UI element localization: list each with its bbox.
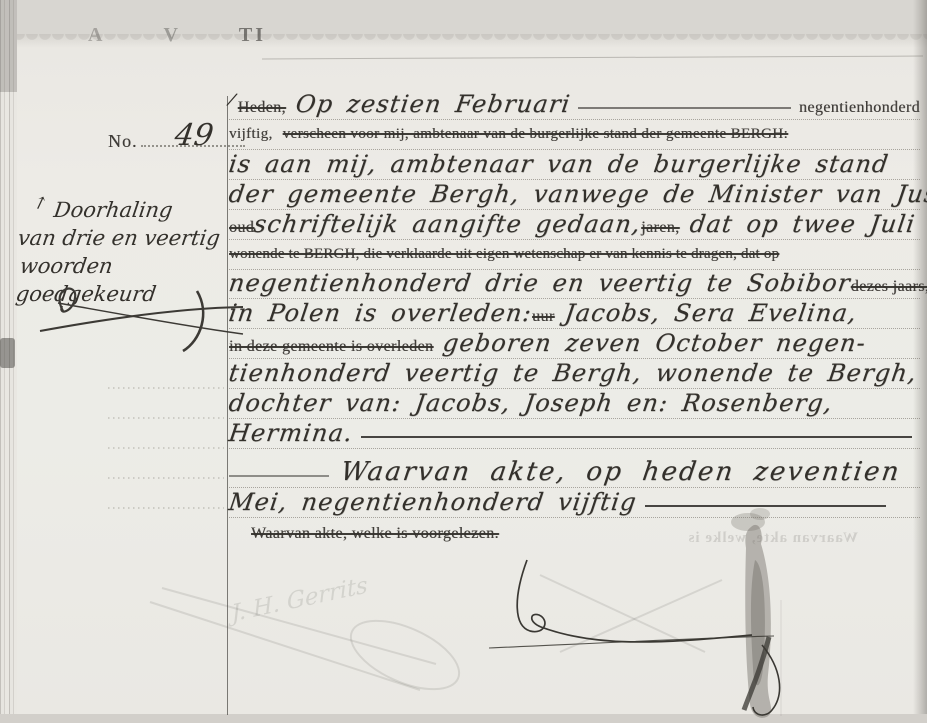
printed-text-struck: verscheen voor mij, ambtenaar van de bur… bbox=[283, 120, 788, 148]
record-number-value: 49 bbox=[172, 118, 215, 153]
binding-ink-mark bbox=[0, 338, 15, 368]
margin-annotation-line: van drie en veertig bbox=[16, 224, 228, 252]
handwritten-text: Jacobs, Sera Evelina, bbox=[563, 299, 859, 327]
printed-text: vijftig, bbox=[229, 120, 273, 148]
insertion-mark: ∕ bbox=[227, 90, 237, 111]
printed-text-struck: oud bbox=[229, 214, 254, 242]
margin-annotation-line: woorden goedgekeurd bbox=[14, 252, 230, 308]
ruled-fill-line bbox=[645, 505, 886, 507]
handwritten-text: negentienhonderd drie en veertig te Sobi… bbox=[227, 269, 853, 297]
handwritten-text: Waarvan akte, op heden zeventien bbox=[339, 458, 903, 486]
certificate-line: is aan mij, ambtenaar van de burgerlijke… bbox=[229, 150, 920, 180]
handwritten-text: tienhonderd veertig te Bergh, wonende te… bbox=[227, 359, 919, 387]
ruled-fill-line bbox=[578, 107, 791, 109]
margin-annotation-line: ↑Doorhaling bbox=[16, 196, 228, 224]
handwritten-text: Op zestien Februari bbox=[294, 90, 572, 118]
lead-rule bbox=[229, 475, 329, 477]
binding-shadow bbox=[0, 0, 17, 92]
handwritten-text: is aan mij, ambtenaar van de burgerlijke… bbox=[227, 150, 891, 178]
handwritten-text: Hermina. bbox=[227, 419, 355, 447]
handwritten-text: der gemeente Bergh, vanwege de Minister … bbox=[227, 180, 927, 208]
margin-dotted-guides bbox=[108, 388, 224, 508]
printed-text-struck: jaren, bbox=[641, 214, 679, 242]
bleedthrough-mirrored-text: Waarvan akte, welke is bbox=[628, 530, 858, 547]
faded-letter: V bbox=[163, 24, 180, 47]
certificate-line: vijftig,verscheen voor mij, ambtenaar va… bbox=[229, 120, 920, 150]
handwritten-text: geboren zeven October negen- bbox=[441, 329, 868, 357]
certificate-line: wonende te BERGH, die verklaarde uit eig… bbox=[229, 240, 920, 270]
handwritten-text: in Polen is overleden: bbox=[227, 299, 534, 327]
handwritten-text: Mei, negentienhonderd vijftig bbox=[227, 488, 639, 516]
certificate-line: Mei, negentienhonderd vijftig bbox=[229, 488, 920, 518]
certificate-line: in deze gemeente is overledengeboren zev… bbox=[229, 329, 920, 359]
faded-letter: A bbox=[88, 24, 105, 47]
certificate-line: in Polen is overleden:uurJacobs, Sera Ev… bbox=[229, 299, 920, 329]
handwritten-text: dat op twee Juli bbox=[688, 210, 917, 238]
printed-text: negentienhonderd bbox=[799, 94, 920, 122]
certificate-line: Hermina. bbox=[229, 419, 920, 449]
printed-text-struck: wonende te BERGH, die verklaarde uit eig… bbox=[229, 240, 779, 268]
margin-annotation: ↑Doorhaling van drie en veertig woorden … bbox=[18, 196, 226, 308]
handwritten-text: schriftelijk aangifte gedaan, bbox=[252, 210, 643, 238]
certificate-line: tienhonderd veertig te Bergh, wonende te… bbox=[229, 359, 920, 389]
insertion-mark: ↑ bbox=[27, 188, 52, 219]
record-number-label: No. bbox=[108, 131, 138, 152]
certificate-line: negentienhonderd drie en veertig te Sobi… bbox=[229, 269, 920, 299]
certificate-line: ∕Heden,Op zestien Februarinegentienhonde… bbox=[229, 90, 920, 120]
certificate-line: oudschriftelijk aangifte gedaan,jaren,da… bbox=[229, 210, 920, 240]
document-page: A V TI No. 49 ↑Doorhaling van drie en ve… bbox=[0, 0, 927, 723]
ruled-fill-line bbox=[361, 436, 912, 438]
printed-text-struck: in deze gemeente is overleden bbox=[229, 333, 433, 361]
printed-text-struck: Waarvan akte, welke is voorgelezen. bbox=[251, 520, 499, 548]
certificate-line: dochter van: Jacobs, Joseph en: Rosenber… bbox=[229, 389, 920, 419]
certificate-line: Waarvan akte, op heden zeventien bbox=[229, 458, 920, 488]
scanned-death-certificate: { "document": { "ghost_header_letters": … bbox=[0, 0, 927, 723]
record-number: No. 49 bbox=[108, 131, 245, 152]
printed-text-struck: uur bbox=[532, 303, 555, 331]
handwritten-text: dochter van: Jacobs, Joseph en: Rosenber… bbox=[227, 389, 835, 417]
certificate-line: der gemeente Bergh, vanwege de Minister … bbox=[229, 180, 920, 210]
printed-text-struck: dezes jaars, om bbox=[851, 273, 927, 301]
printed-text-struck: Heden, bbox=[238, 94, 286, 122]
certificate-body-text: ∕Heden,Op zestien Februarinegentienhonde… bbox=[229, 0, 920, 723]
